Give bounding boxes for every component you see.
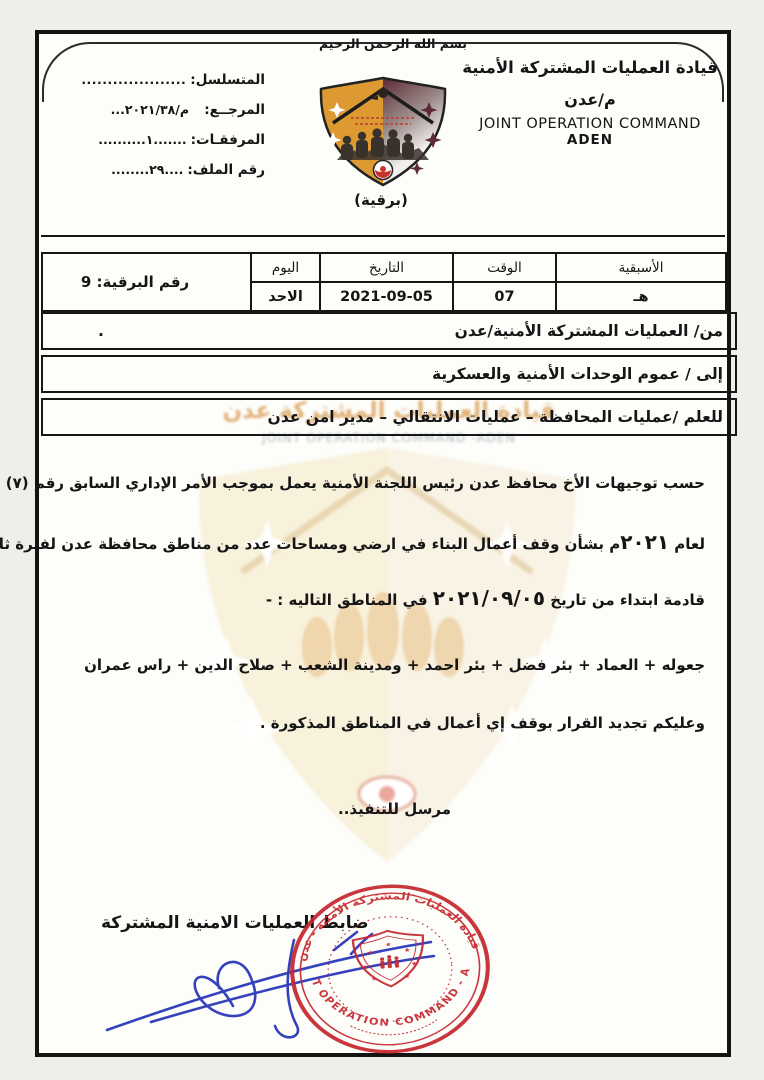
org-name-english: JOINT OPERATION COMMAND [459,116,721,132]
reference-fields: المتسلسل: .................... المرجــع:… [55,72,265,192]
time-header: الوقت [453,253,556,282]
field-file-number-value: ....٢٩........ [111,162,183,178]
body-line-2-prefix: لعام [669,535,705,553]
svg-text:★: ★ [411,960,418,968]
field-reference-label: المرجــع: [193,102,265,118]
field-reference-value: م/٢٠٢١/٣٨... [111,102,189,118]
field-file-number: رقم الملف: ....٢٩........ [55,162,265,178]
org-emblem-icon [307,74,459,190]
precedence-value: هـ [556,282,726,311]
day-header: اليوم [251,253,320,282]
header-separator-line [41,235,725,237]
official-stamp: قيادة العمليات المشتركة الأمنية - عدن JO… [281,875,499,1063]
body-line-6: مرسل للتنفيذ.. [338,800,451,818]
svg-text:★: ★ [371,975,378,983]
body-line-4: جعوله + العماد + بئر فضل + بئر احمد + وم… [84,656,705,674]
body-line-3-suffix: في المناطق التاليه : - [266,591,433,609]
document-type-label: (برقية) [311,191,451,209]
svg-text:★: ★ [404,973,411,981]
bismillah-text: بسم الله الرحمن الرحيم [303,36,483,51]
telegram-number: رقم البرقية: 9 [42,273,250,291]
precedence-header: الأسبقية [556,253,726,282]
org-city-english: ADEN [459,132,721,148]
field-attachments-value: .......١.......... [98,132,186,148]
day-value: الاحد [251,282,320,311]
body-line-3-date: ٢٠٢١/٠٩/٠٥ [433,586,545,610]
svg-text:★: ★ [362,963,369,971]
telegram-number-cell: رقم البرقية: 9 [42,253,251,311]
org-branch: م/عدن [459,90,721,109]
svg-text:★: ★ [385,941,392,949]
org-header-block: قيادة العمليات المشتركة الأمنية م/عدن JO… [459,58,721,148]
from-text: من/ العمليات المشتركة الأمنية/عدن [455,322,723,340]
date-value: 2021-09-05 [320,282,453,311]
field-file-number-label: رقم الملف: [187,162,265,178]
to-text: إلى / عموم الوحدات الأمنية والعسكرية [432,365,723,383]
svg-text:قيادة العمليات المشتركة الأمني: قيادة العمليات المشتركة الأمنية - عدن [289,883,485,963]
svg-text:★: ★ [367,949,374,957]
svg-text:★: ★ [404,946,411,954]
field-attachments: المرفقـات: .......١.......... [55,132,265,148]
meta-header-row: الأسبقية الوقت التاريخ اليوم رقم البرقية… [42,253,726,282]
scanned-telegram-document: { "header": { "bismillah": "بسم الله الر… [0,0,764,1080]
date-header: التاريخ [320,253,453,282]
stray-dot: . [98,314,104,348]
body-line-2-suffix: م بشأن وقف أعمال البناء في ارضي ومساحات … [0,535,620,553]
time-value: 07 [453,282,556,311]
telegram-meta-table: الأسبقية الوقت التاريخ اليوم رقم البرقية… [41,252,727,312]
info-row: للعلم /عمليات المحافظة – عمليات الانتقال… [41,398,737,436]
info-text: للعلم /عمليات المحافظة – عمليات الانتقال… [268,408,723,426]
body-line-2: لعام ٢٠٢١م بشأن وقف أعمال البناء في ارضي… [0,530,705,554]
field-reference: المرجــع: م/٢٠٢١/٣٨... [55,102,265,118]
body-line-2-year: ٢٠٢١ [620,530,669,554]
field-attachments-label: المرفقـات: [191,132,265,148]
stamp-arabic-arc-text: قيادة العمليات المشتركة الأمنية - عدن [289,883,485,963]
field-serial-label: المتسلسل: [190,72,265,88]
body-line-3: قادمة ابتداء من تاريخ ٢٠٢١/٠٩/٠٥ في المن… [266,586,705,610]
field-serial: المتسلسل: .................... [55,72,265,88]
body-line-5: وعليكم تجديد القرار بوقف إي أعمال في الم… [260,714,705,732]
body-line-1: حسب توجيهات الأخ محافظ عدن رئيس اللجنة ا… [6,474,705,492]
body-line-3-prefix: قادمة ابتداء من تاريخ [545,591,705,609]
org-name-arabic: قيادة العمليات المشتركة الأمنية [459,58,721,77]
from-row: من/ العمليات المشتركة الأمنية/عدن . [41,312,737,350]
to-row: إلى / عموم الوحدات الأمنية والعسكرية [41,355,737,393]
document-page: قيادة العمليات المشتركة عدن JOINT OPERAT… [35,30,731,1057]
field-serial-value: .................... [81,72,186,88]
